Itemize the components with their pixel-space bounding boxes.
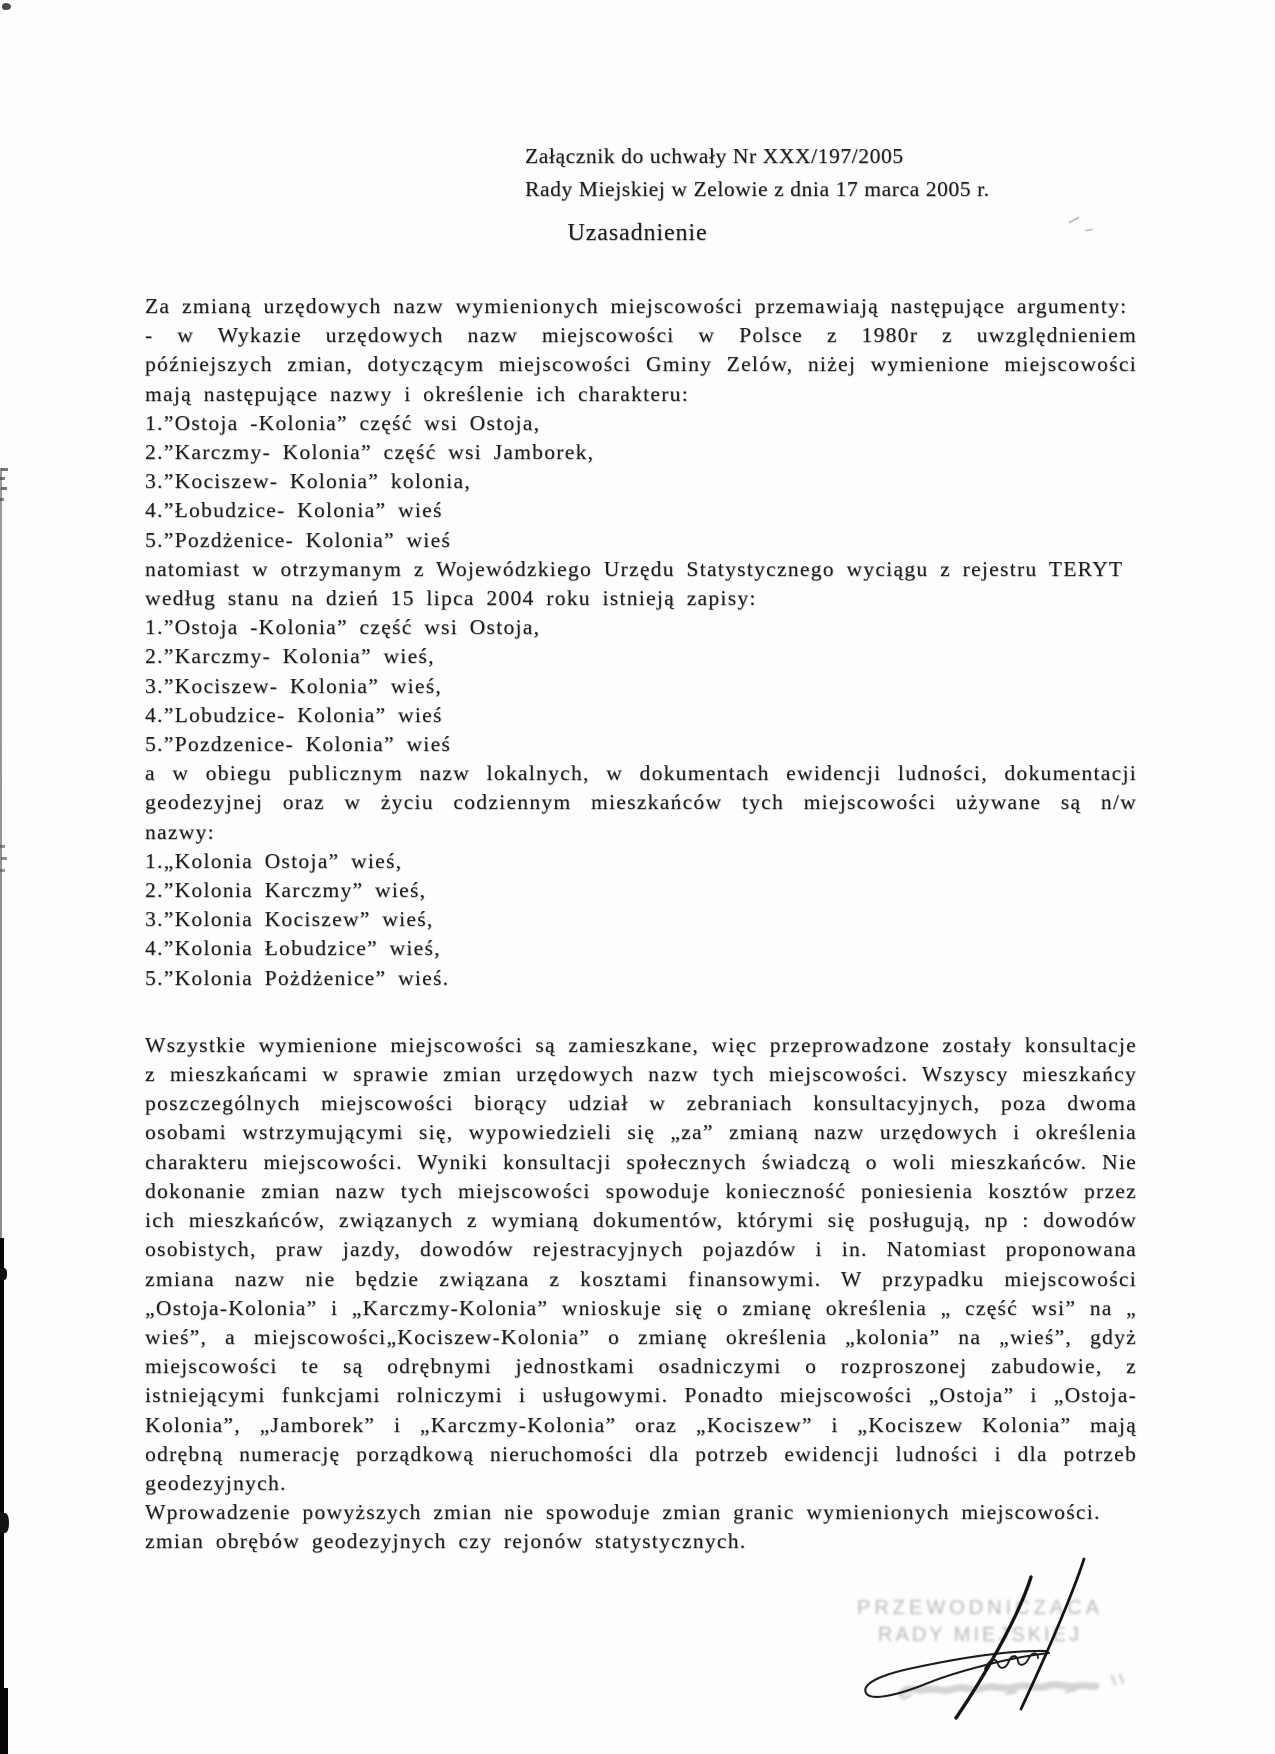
paragraph-teryt: natomiast w otrzymanym z Wojewódzkiego U… [145,555,1137,613]
attachment-header: Załącznik do uchwały Nr XXX/197/2005 Rad… [525,140,990,205]
scan-edge-tick [1,487,7,490]
scan-edge-tick [0,869,5,872]
scan-edge-thin-line [0,468,2,1240]
scan-speck-top-left [2,3,11,10]
document-body: Za zmianą urzędowych nazw wymienionych m… [145,292,1137,1557]
list-item: 1.”Ostoja -Kolonia” część wsi Ostoja, [145,409,1137,438]
list-item: 2.”Karczmy- Kolonia” część wsi Jamborek, [145,438,1137,467]
name-list-local: 1.„Kolonia Ostoja” wieś, 2.”Kolonia Karc… [145,847,1137,993]
list-item: 1.”Ostoja -Kolonia” część wsi Ostoja, [145,613,1137,642]
paragraph-consultation: Wszystkie wymienione miejscowości są zam… [145,1031,1137,1498]
list-item: 2.”Karczmy- Kolonia” wieś, [145,642,1137,671]
list-item: 5.”Kolonia Pożdżenice” wieś. [145,964,1137,993]
list-item: 3.”Kociszew- Kolonia” kolonia, [145,467,1137,496]
paragraph-local: a w obiegu publicznym nazw lokalnych, w … [145,759,1137,847]
stamp-line-1: PRZEWODNICZĄCA [848,1597,1112,1620]
list-item: 5.”Pozdżenice- Kolonia” wieś [145,526,1137,555]
attachment-header-line-2: Rady Miejskiej w Zelowie z dnia 17 marca… [525,173,990,206]
name-list-teryt: 1.”Ostoja -Kolonia” część wsi Ostoja, 2.… [145,613,1137,759]
scan-edge-black-bar-wide [0,1688,8,1754]
paragraph-intro: Za zmianą urzędowych nazw wymienionych m… [145,292,1137,321]
scan-edge-tick [0,498,4,501]
signature-scribble [865,1651,1049,1697]
scan-edge-tick [0,845,5,848]
scan-edge-tick [1,857,7,860]
list-item: 4.”Kolonia Łobudzice” wieś, [145,934,1137,963]
list-item: 2.”Kolonia Karczmy” wieś, [145,876,1137,905]
stamp-line-2: RADY MIEJSKIEJ [848,1624,1112,1647]
list-item: 4.”Łobudzice- Kolonia” wieś [145,496,1137,525]
scanned-document-page: Załącznik do uchwały Nr XXX/197/2005 Rad… [0,0,1275,1754]
name-list-wykaz: 1.”Ostoja -Kolonia” część wsi Ostoja, 2.… [145,409,1137,555]
scan-edge-black-bar [0,1238,4,1754]
scan-edge-blob [0,1513,9,1533]
signature-name-faint [901,1675,1123,1699]
scan-edge-tick [1,468,8,471]
list-item: 5.”Pozdzenice- Kolonia” wieś [145,730,1137,759]
list-item: 3.”Kociszew- Kolonia” wieś, [145,672,1137,701]
list-item: 1.„Kolonia Ostoja” wieś, [145,847,1137,876]
list-item: 3.”Kolonia Kociszew” wieś, [145,905,1137,934]
paragraph-wykaz: - w Wykazie urzędowych nazw miejscowości… [145,321,1137,409]
scan-edge-blob [0,1268,7,1280]
paragraph-closing: Wprowadzenie powyższych zmian nie spowod… [145,1498,1137,1556]
list-item: 4.”Lobudzice- Kolonia” wieś [145,701,1137,730]
page-title: Uzasadnienie [0,220,1275,247]
attachment-header-line-1: Załącznik do uchwały Nr XXX/197/2005 [525,140,990,173]
scan-edge-tick [0,477,5,480]
